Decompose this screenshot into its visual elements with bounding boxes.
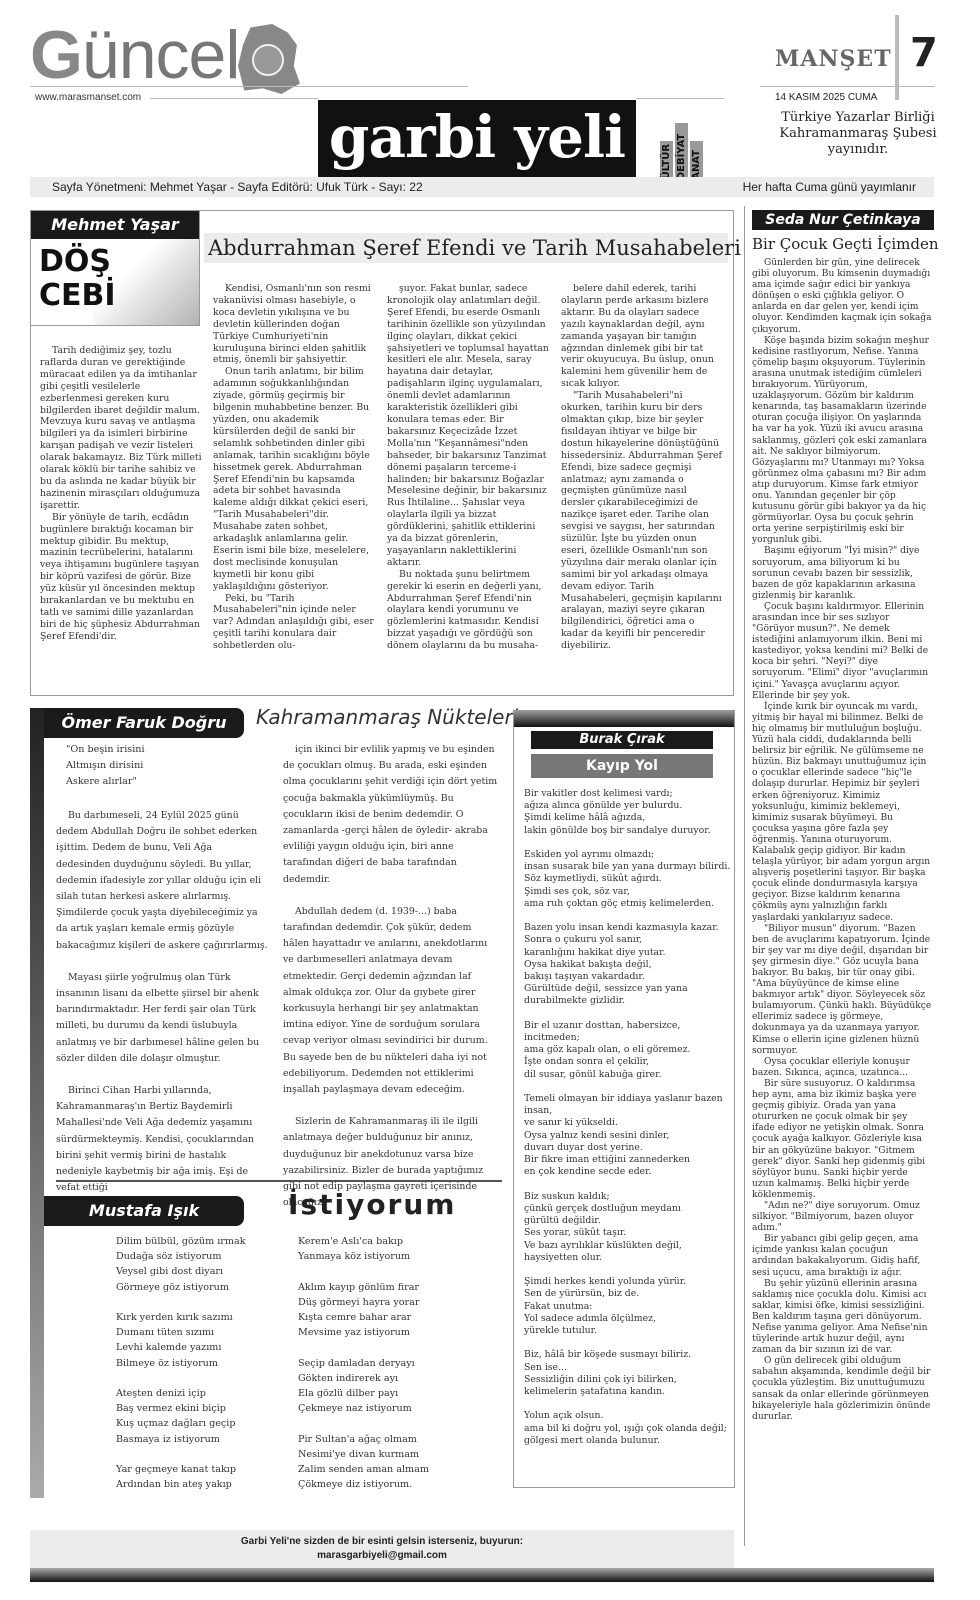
paragraph: Tarih dediğimiz şey, tozlu raflarda dura…: [40, 345, 202, 512]
section-title: garbi yeli: [318, 100, 636, 178]
article3-col2: için ikinci bir evlilik yapmış ve bu eşi…: [283, 742, 499, 1211]
footer-bar: [30, 1568, 934, 1582]
paragraph: "Tarih Musahabeleri"ni okurken, tarihin …: [561, 390, 723, 652]
issue-date: 14 KASIM 2025 CUMA: [775, 92, 877, 103]
author-name: Mehmet Yaşar: [31, 211, 199, 239]
paragraph: İçinde kırık bir oyuncak mı vardı, yitmi…: [752, 702, 932, 924]
paragraph: Bu darbımeseli, 24 Eylül 2025 günü dedem…: [56, 808, 268, 954]
paper-name: MANŞET: [775, 46, 892, 72]
article2-body: Günlerden bir gün, yine delirecek gibi o…: [752, 258, 932, 1423]
author-name: Mustafa Işık: [44, 1196, 244, 1226]
paragraph: Onun tarih anlatımı, bir bilim adamının …: [213, 366, 375, 592]
paragraph: Bir süre susuyoruz. O kaldırımsa hep ayn…: [752, 1079, 932, 1201]
poem-title: İstiyorum: [288, 1188, 456, 1221]
contact-invite: Garbi Yeli'ne sizden de bir esinti gelsi…: [30, 1535, 734, 1549]
paragraph: Bir yabancı gibi gelip geçen, ama içimde…: [752, 1234, 932, 1278]
author-name: Seda Nur Çetinkaya: [752, 210, 934, 230]
poem-left-column: Dilim bülbül, gözüm ırmak Dudağa söz ist…: [116, 1234, 296, 1492]
contact-email[interactable]: marasgarbiyeli@gmail.com: [30, 1549, 734, 1563]
paragraph: Bu şehir yüzünü ellerinin arasına saklam…: [752, 1279, 932, 1357]
paragraph: belere dahil ederek, tarihi olayların pe…: [561, 283, 723, 390]
paragraph: Başımı eğiyorum "İyi misin?" diye soruyo…: [752, 546, 932, 601]
column-name: Kahramanmaraş Nükteleri: [256, 705, 518, 729]
guncel-logo: Güncel: [30, 20, 239, 90]
right-column-rule: [744, 206, 745, 1546]
poem-box-header-bar: [514, 711, 734, 727]
paragraph: Köşe başında bizim sokağın meşhur kedisi…: [752, 336, 932, 547]
paragraph: Günlerden bir gün, yine delirecek gibi o…: [752, 258, 932, 336]
url-rule: [150, 98, 318, 99]
article1-col1: Tarih dediğimiz şey, tozlu raflarda dura…: [40, 345, 202, 643]
section-divider: [56, 1180, 502, 1182]
paragraph: Bu noktada şunu belirtmem gerekir ki ese…: [387, 569, 549, 652]
poem-right-column: Kerem'e Aslı'ca bakıp Yanmaya köz istiyo…: [298, 1234, 498, 1492]
paragraph: Çocuk başını kaldırmıyor. Ellerinin aras…: [752, 602, 932, 702]
website-url[interactable]: www.marasmanset.com: [35, 92, 141, 103]
paragraph: "Biliyor musun" diyorum. "Bazen ben de a…: [752, 924, 932, 1057]
paragraph: Kendisi, Osmanlı'nın son resmi vakanüvis…: [213, 283, 375, 366]
column-name-line2: CEBİ: [39, 279, 116, 313]
paragraph: Oysa çocuklar elleriyle konuşur bazen. S…: [752, 1057, 932, 1079]
title-rule: [636, 98, 724, 99]
opening-verse: "On beşin irisini Altmışın dirisini Aske…: [66, 742, 266, 790]
article1-col3: şuyor. Fakat bunlar, sadece kronolojik o…: [387, 283, 549, 652]
header-rule: [30, 86, 468, 87]
author-name: Ömer Faruk Doğru: [44, 708, 244, 738]
page-number: 7: [910, 30, 938, 76]
paragraph: Peki, bu "Tarih Musahabeleri"nin içinde …: [213, 593, 375, 653]
union-note: Türkiye Yazarlar Birliği Kahramanmaraş Ş…: [748, 110, 968, 158]
article1-col2: Kendisi, Osmanlı'nın son resmi vakanüvis…: [213, 283, 375, 652]
page-number-divider: [895, 15, 899, 100]
paragraph: Bir yönüyle de tarih, ecdâdın bugünlere …: [40, 512, 202, 643]
credits: Sayfa Yönetmeni: Mehmet Yaşar - Sayfa Ed…: [52, 177, 423, 197]
manset-seal-icon: [238, 24, 300, 94]
column-name-line1: DÖŞ: [39, 245, 116, 279]
credits-bar: Sayfa Yönetmeni: Mehmet Yaşar - Sayfa Ed…: [30, 177, 934, 197]
contact-bar: Garbi Yeli'ne sizden de bir esinti gelsi…: [30, 1530, 734, 1568]
schedule: Her hafta Cuma günü yayımlanır: [743, 177, 916, 197]
paragraph: şuyor. Fakat bunlar, sadece kronolojik o…: [387, 283, 549, 569]
paragraph: "Adın ne?" diye soruyorum. Omuz silkiyor…: [752, 1201, 932, 1234]
poem-body: Bir vakitler dost kelimesi vardı; ağıza …: [524, 788, 732, 1447]
paragraph: Mayası şiirle yoğrulmuş olan Türk insanı…: [56, 970, 268, 1067]
author-name: Burak Çırak: [531, 731, 713, 749]
paragraph: için ikinci bir evlilik yapmış ve bu eşi…: [283, 742, 499, 888]
article-title: Abdurrahman Şeref Efendi ve Tarih Musaha…: [204, 233, 728, 263]
paragraph: O gün delirecek gibi olduğum sabahın akş…: [752, 1356, 932, 1423]
article-title: Bir Çocuk Geçti İçimden: [752, 234, 934, 254]
article1-col4: belere dahil ederek, tarihi olayların pe…: [561, 283, 723, 652]
header-rule-right: [760, 86, 935, 87]
paragraph: Abdullah dedem (d. 1939-...) baba tarafı…: [283, 904, 499, 1098]
column-logo-box: Mehmet Yaşar DÖŞ CEBİ: [30, 210, 200, 326]
left-accent-bar: [30, 708, 44, 1498]
article3-col1: Bu darbımeseli, 24 Eylül 2025 günü dedem…: [56, 808, 268, 1196]
poem-title: Kayıp Yol: [531, 754, 713, 778]
